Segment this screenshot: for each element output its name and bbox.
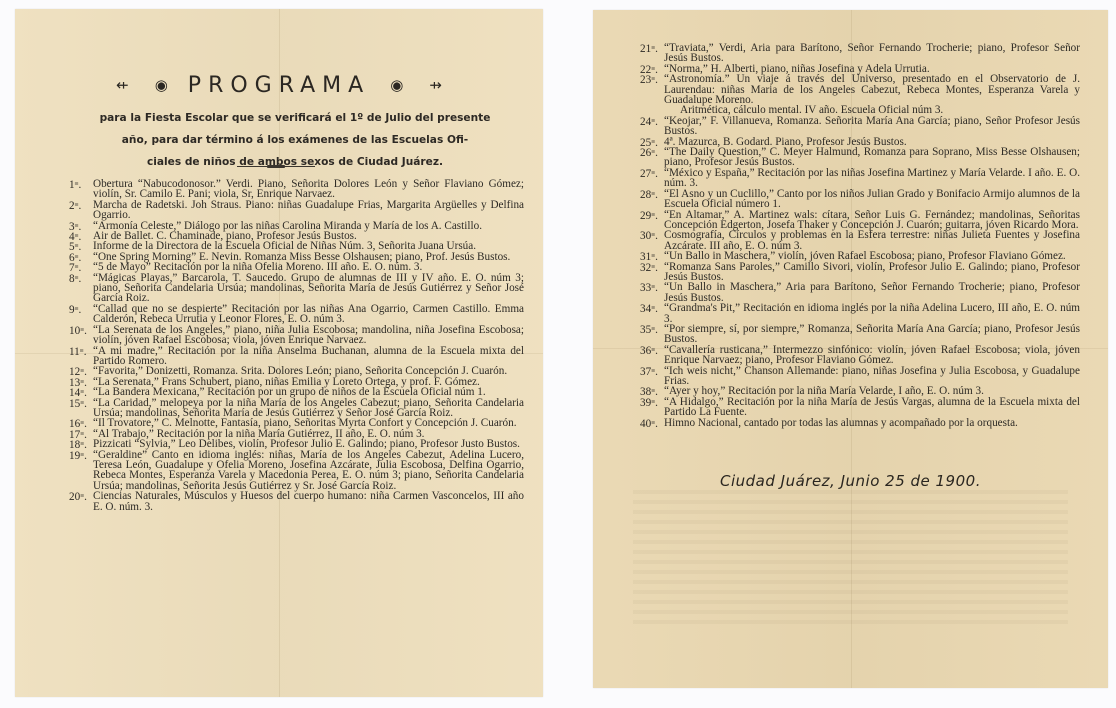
item-number: 10≡. [69, 325, 91, 336]
item-number: 20≡. [69, 491, 91, 502]
program-item: 18≡.Pizzicati “Sylvia,” Leo Delibes, vio… [69, 439, 524, 449]
item-number: 15≡. [69, 398, 91, 409]
program-item: 29≡.“En Altamar,” A. Martinez wals: cíta… [640, 210, 1080, 231]
program-item: 40≡.Himno Nacional, cantado por todas la… [640, 418, 1080, 428]
item-text: “Cavallería rusticana,” Intermezzo sinfó… [664, 345, 1080, 366]
item-number: 26≡. [640, 147, 662, 158]
item-text: “The Daily Question,” C. Meyer Halmund, … [664, 147, 1080, 168]
item-text: “La Caridad,” melopeya por la niña María… [93, 398, 524, 419]
item-number: 8≡. [69, 273, 91, 284]
item-number: 39≡. [640, 397, 662, 408]
program-item: 8≡.“Mágicas Playas,” Barcarola, T. Sauce… [69, 273, 524, 304]
item-text: Cosmografía, Círculos y problemas en la … [664, 230, 1080, 251]
item-text: “Por siempre, sí, por siempre,” Romanza,… [664, 324, 1080, 345]
program-title: ⇷ ◉ PROGRAMA ◉ ⇸ [15, 73, 543, 98]
item-number: 29≡. [640, 210, 662, 221]
item-number: 27≡. [640, 168, 662, 179]
item-text: “Grandma's Pit,” Recitación en idioma in… [664, 303, 1080, 324]
program-item: 39≡.“A Hidalgo,” Recitación por la niña … [640, 397, 1080, 418]
program-item: 34≡.“Grandma's Pit,” Recitación en idiom… [640, 303, 1080, 324]
program-item: 11≡.“A mi madre,” Recitación por la niña… [69, 346, 524, 367]
item-text: “La Serenata de los Angeles,” piano, niñ… [93, 325, 524, 346]
program-item: 19≡.“Geraldine” Canto en idioma inglés: … [69, 450, 524, 492]
item-number: 37≡. [640, 366, 662, 377]
program-list-right: 21≡.“Traviata,” Verdi, Aria para Baríton… [640, 43, 1080, 428]
subtitle-line: ciales de niños de ambos sexos de Ciudad… [75, 151, 515, 173]
program-item: 27≡.“México y España,” Recitación por la… [640, 168, 1080, 189]
item-text: “Romanza Sans Paroles,” Camillo Sivori, … [664, 262, 1080, 283]
subtitle-line: para la Fiesta Escolar que se verificará… [75, 107, 515, 129]
program-item: 2≡.Marcha de Radetski. Joh Straus. Piano… [69, 200, 524, 221]
item-text: “Ich weis nicht,” Chanson Allemande: pia… [664, 366, 1080, 387]
item-number: 21≡. [640, 43, 662, 54]
subtitle-line: año, para dar término á los exámenes de … [75, 129, 515, 151]
ornament-arrow-left-icon: ⇷ [116, 76, 129, 94]
item-number: 32≡. [640, 262, 662, 273]
item-text: “Un Ballo in Maschera,” Aria para Baríto… [664, 282, 1080, 303]
item-number: 2≡. [69, 200, 91, 211]
program-subtitle: para la Fiesta Escolar que se verificará… [75, 107, 515, 173]
program-item: 14≡.“La Bandera Mexicana,” Recitación po… [69, 387, 524, 397]
program-item: 20≡.Ciencias Naturales, Músculos y Hueso… [69, 491, 524, 512]
item-number: 23≡. [640, 74, 662, 85]
item-number: 19≡. [69, 450, 91, 461]
program-item: 37≡.“Ich weis nicht,” Chanson Allemande:… [640, 366, 1080, 387]
program-list-group: 24≡.“Keojar,” F. Villanueva, Romanza. Se… [640, 116, 1080, 428]
item-number: 9≡. [69, 304, 91, 315]
program-item: 10≡.“La Serenata de los Angeles,” piano,… [69, 325, 524, 346]
program-item: 23≡.“Astronomía.” Un viaje á través del … [640, 74, 1080, 105]
program-page-left: ⇷ ◉ PROGRAMA ◉ ⇸ para la Fiesta Escolar … [15, 9, 543, 697]
item-text: “El Asno y un Cuclillo,” Canto por los n… [664, 189, 1080, 210]
program-item: 1≡.Obertura “Nabucodonosor.” Verdi. Pian… [69, 179, 524, 200]
item-number: 36≡. [640, 345, 662, 356]
ornament-dot-icon: ◉ [390, 76, 403, 94]
program-item: 28≡.“El Asno y un Cuclillo,” Canto por l… [640, 189, 1080, 210]
program-item: 32≡.“Romanza Sans Paroles,” Camillo Sivo… [640, 262, 1080, 283]
item-number: 1≡. [69, 179, 91, 190]
program-item: 9≡.“Callad que no se despierte” Recitaci… [69, 304, 524, 325]
program-list-group: 21≡.“Traviata,” Verdi, Aria para Baríton… [640, 43, 1080, 105]
program-item: 31≡.“Un Ballo in Maschera,” violín, jóve… [640, 251, 1080, 261]
program-list-left: 1≡.Obertura “Nabucodonosor.” Verdi. Pian… [69, 179, 524, 512]
item-number: 33≡. [640, 282, 662, 293]
ornament-arrow-right-icon: ⇸ [429, 76, 442, 94]
item-text: “Geraldine” Canto en idioma inglés: niña… [93, 450, 524, 492]
signature-date: Ciudad Juárez, Junio 25 de 1900. [593, 472, 1108, 490]
ornament-dot-icon: ◉ [155, 76, 168, 94]
item-text: “Callad que no se despierte” Recitación … [93, 304, 524, 325]
item-number: 30≡. [640, 230, 662, 241]
program-item: 24≡.“Keojar,” F. Villanueva, Romanza. Se… [640, 116, 1080, 137]
program-page-right: 21≡.“Traviata,” Verdi, Aria para Baríton… [593, 10, 1108, 688]
item-number: 11≡. [69, 346, 91, 357]
item-text: “México y España,” Recitación por las ni… [664, 168, 1080, 189]
program-item: 21≡.“Traviata,” Verdi, Aria para Baríton… [640, 43, 1080, 64]
item-text: “A mi madre,” Recitación por la niña Ans… [93, 346, 524, 367]
item-number: 35≡. [640, 324, 662, 335]
item-number: 24≡. [640, 116, 662, 127]
program-item: 33≡.“Un Ballo in Maschera,” Aria para Ba… [640, 282, 1080, 303]
item-text: “Mágicas Playas,” Barcarola, T. Saucedo.… [93, 273, 524, 304]
item-number: 40≡. [640, 418, 662, 429]
title-text: PROGRAMA [188, 73, 370, 98]
program-item: 15≡.“La Caridad,” melopeya por la niña M… [69, 398, 524, 419]
ornamental-divider [237, 166, 315, 167]
program-item: 36≡.“Cavallería rusticana,” Intermezzo s… [640, 345, 1080, 366]
item-text: “A Hidalgo,” Recitación por la niña Marí… [664, 397, 1080, 418]
item-text: Obertura “Nabucodonosor.” Verdi. Piano, … [93, 179, 524, 200]
item-text: “En Altamar,” A. Martinez wals: cítara, … [664, 210, 1080, 231]
item-text: Pizzicati “Sylvia,” Leo Delibes, violín,… [93, 439, 524, 449]
item-text: “Un Ballo in Maschera,” violín, jóven Ra… [664, 251, 1080, 261]
item-number: 28≡. [640, 189, 662, 200]
program-item: 26≡.“The Daily Question,” C. Meyer Halmu… [640, 147, 1080, 168]
program-item: 35≡.“Por siempre, sí, por siempre,” Roma… [640, 324, 1080, 345]
item-text: Marcha de Radetski. Joh Straus. Piano: n… [93, 200, 524, 221]
item-text: Himno Nacional, cantado por todas las al… [664, 418, 1080, 428]
item-text: “La Bandera Mexicana,” Recitación por un… [93, 387, 524, 397]
item-number: 34≡. [640, 303, 662, 314]
item-text: “Traviata,” Verdi, Aria para Barítono, S… [664, 43, 1080, 64]
item-text: “Keojar,” F. Villanueva, Romanza. Señori… [664, 116, 1080, 137]
program-item: 30≡.Cosmografía, Círculos y problemas en… [640, 230, 1080, 251]
item-text: Ciencias Naturales, Músculos y Huesos de… [93, 491, 524, 512]
item-text: “Astronomía.” Un viaje á través del Univ… [664, 74, 1080, 105]
